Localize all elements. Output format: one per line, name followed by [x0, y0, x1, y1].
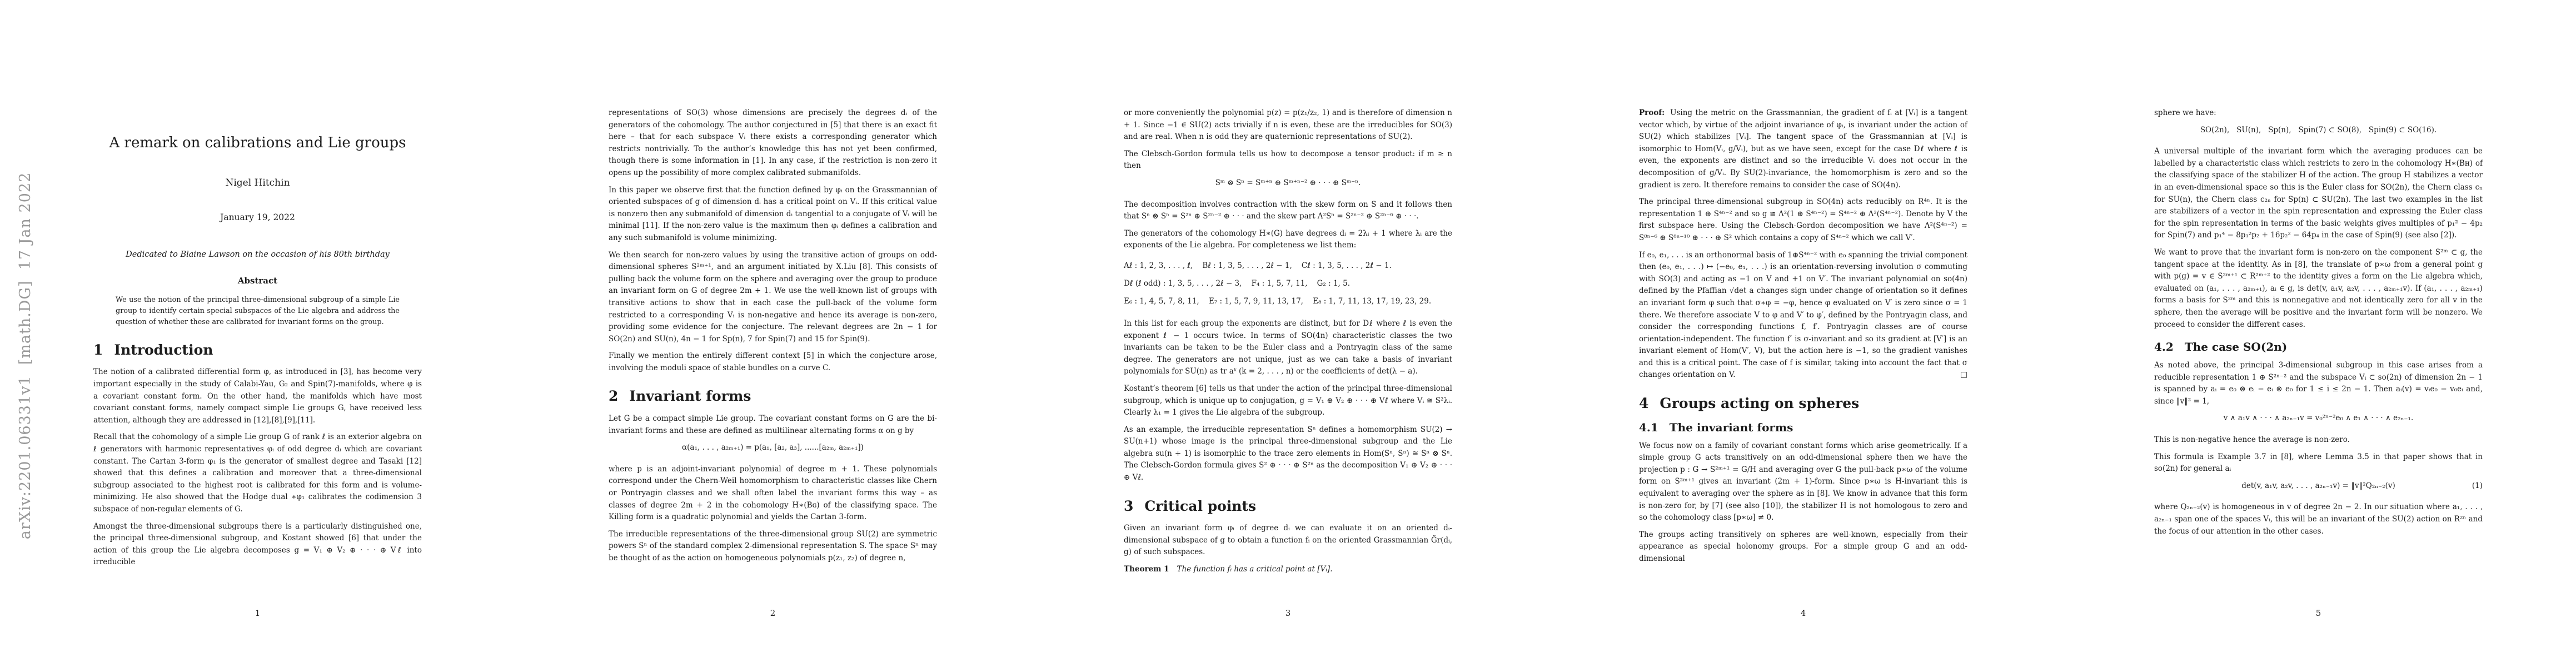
exponents-line: Aℓ : 1, 2, 3, . . . , ℓ, Bℓ : 1, 3, 5, .… — [1124, 257, 1452, 275]
paragraph: The principal three-dimensional subgroup… — [1639, 196, 1967, 244]
paragraph: The Clebsch-Gordon formula tells us how … — [1124, 148, 1452, 172]
document-canvas: arXiv:2201.06331v1 [math.DG] 17 Jan 2022… — [0, 0, 2576, 667]
subsection-4-1-heading: 4.1The invariant forms — [1639, 421, 1967, 434]
page-number: 1 — [93, 608, 422, 618]
equation-det: det(v, a₁v, a₂v, . . . , a₂ₙ₋₁v) = ‖v‖²Q… — [2154, 480, 2483, 492]
paragraph: Finally we mention the entirely differen… — [609, 350, 937, 374]
paragraph: As noted above, the principal 3-dimensio… — [2154, 360, 2483, 407]
paragraph: The notion of a calibrated differential … — [93, 366, 422, 426]
page-5-text-block: sphere we have: SO(2n), SU(n), Sp(n), Sp… — [2154, 107, 2483, 542]
section-title: Introduction — [114, 342, 213, 358]
author-name: Nigel Hitchin — [93, 177, 422, 188]
abstract-heading: Abstract — [93, 276, 422, 286]
paragraph: This is non-negative hence the average i… — [2154, 434, 2483, 446]
section-1-heading: 1Introduction — [93, 342, 422, 358]
paragraph: The irreducible representations of the t… — [609, 529, 937, 565]
paragraph: Amongst the three-dimensional subgroups … — [93, 521, 422, 569]
paragraph: representations of SO(3) whose dimension… — [609, 107, 937, 180]
section-2-heading: 2Invariant forms — [609, 389, 937, 404]
section-title: Invariant forms — [629, 388, 751, 404]
paragraph: The groups acting transitively on sphere… — [1639, 529, 1967, 565]
page-4: Proof:Using the metric on the Grassmanni… — [1546, 0, 2061, 667]
qed-symbol: □ — [1960, 369, 1967, 381]
equation-clebsch-gordon: Sᵐ ⊗ Sⁿ = Sᵐ⁺ⁿ ⊕ Sᵐ⁺ⁿ⁻² ⊕ · · · ⊕ Sᵐ⁻ⁿ. — [1124, 177, 1452, 190]
paragraph: Kostant’s theorem [6] tells us that unde… — [1124, 383, 1452, 419]
exponents-line: Dℓ (ℓ odd) : 1, 3, 5, . . . , 2ℓ − 3, F₄… — [1124, 275, 1452, 292]
paragraph: This formula is Example 3.7 in [8], wher… — [2154, 451, 2483, 475]
paragraph: A universal multiple of the invariant fo… — [2154, 146, 2483, 242]
page-number: 3 — [1124, 608, 1452, 618]
section-number: 4 — [1639, 395, 1648, 411]
paper-title: A remark on calibrations and Lie groups — [93, 135, 422, 152]
paragraph: As an example, the irreducible represent… — [1124, 424, 1452, 484]
paragraph: Recall that the cohomology of a simple L… — [93, 431, 422, 515]
page-3-text-block: or more conveniently the polynomial p(z)… — [1124, 107, 1452, 581]
paragraph: If e₀, e₁, . . . is an orthonormal basis… — [1639, 250, 1967, 382]
equation-det-body: det(v, a₁v, a₂v, . . . , a₂ₙ₋₁v) = ‖v‖²Q… — [2241, 481, 2395, 490]
subsection-number: 4.2 — [2154, 340, 2174, 354]
equation-wedge: v ∧ a₁v ∧ · · · ∧ a₂ₙ₋₁v = v₀²ⁿ⁻²e₀ ∧ e₁… — [2154, 412, 2483, 425]
page-1-text-block: A remark on calibrations and Lie groups … — [93, 0, 422, 574]
paper-date: January 19, 2022 — [93, 212, 422, 222]
paragraph: We focus now on a family of covariant co… — [1639, 440, 1967, 524]
theorem-1: Theorem 1The function fᵢ has a critical … — [1124, 564, 1452, 576]
paragraph: Let G be a compact simple Lie group. The… — [609, 413, 937, 437]
paragraph: where Q₂ₙ₋₂(v) is homogeneous in v of de… — [2154, 501, 2483, 537]
page-number: 2 — [609, 608, 937, 618]
section-4-heading: 4Groups acting on spheres — [1639, 396, 1967, 411]
section-number: 3 — [1124, 498, 1133, 514]
page-number: 4 — [1639, 608, 1967, 618]
subsection-4-2-heading: 4.2The case SO(2n) — [2154, 341, 2483, 353]
exponents-line: E₆ : 1, 4, 5, 7, 8, 11, E₇ : 1, 5, 7, 9,… — [1124, 292, 1452, 310]
theorem-statement: The function fᵢ has a critical point at … — [1177, 565, 1333, 574]
paragraph: The decomposition involves contraction w… — [1124, 199, 1452, 223]
page-number: 5 — [2154, 608, 2483, 618]
proof-paragraph: Proof:Using the metric on the Grassmanni… — [1639, 107, 1967, 191]
dedication-text: Dedicated to Blaine Lawson on the occasi… — [93, 250, 422, 259]
section-number: 1 — [93, 342, 103, 358]
subsection-number: 4.1 — [1639, 421, 1658, 434]
page-4-text-block: Proof:Using the metric on the Grassmanni… — [1639, 107, 1967, 570]
section-3-heading: 3Critical points — [1124, 499, 1452, 514]
equation-number-1: (1) — [2472, 480, 2483, 492]
equation-alpha: α(a₁, . . . , a₂ₘ₊₁) = p(a₁, [a₂, a₃], .… — [609, 442, 937, 454]
page-5: sphere we have: SO(2n), SU(n), Sp(n), Sp… — [2061, 0, 2576, 667]
proof-text: Using the metric on the Grassmannian, th… — [1639, 108, 1967, 190]
page-3: or more conveniently the polynomial p(z)… — [1030, 0, 1546, 667]
paragraph: In this paper we observe first that the … — [609, 185, 937, 245]
paragraph: sphere we have: — [2154, 107, 2483, 120]
page-1: arXiv:2201.06331v1 [math.DG] 17 Jan 2022… — [0, 0, 515, 667]
paragraph: We want to prove that the invariant form… — [2154, 247, 2483, 331]
paragraph-text: If e₀, e₁, . . . is an orthonormal basis… — [1639, 251, 1967, 380]
proof-label: Proof: — [1639, 108, 1665, 117]
exponents-list: Aℓ : 1, 2, 3, . . . , ℓ, Bℓ : 1, 3, 5, .… — [1124, 257, 1452, 310]
subsection-title: The case SO(2n) — [2185, 340, 2287, 354]
page-2: representations of SO(3) whose dimension… — [515, 0, 1030, 667]
paragraph: Given an invariant form φᵢ of degree dᵢ … — [1124, 522, 1452, 559]
section-title: Critical points — [1144, 498, 1256, 514]
section-title: Groups acting on spheres — [1660, 395, 1859, 411]
paragraph: The generators of the cohomology H∗(G) h… — [1124, 228, 1452, 252]
abstract-text: We use the notion of the principal three… — [116, 295, 400, 328]
paragraph: In this list for each group the exponent… — [1124, 318, 1452, 378]
section-number: 2 — [609, 388, 618, 404]
subsection-title: The invariant forms — [1670, 421, 1793, 434]
paragraph: where p is an adjoint-invariant polynomi… — [609, 464, 937, 524]
theorem-label: Theorem 1 — [1124, 565, 1169, 574]
page-2-text-block: representations of SO(3) whose dimension… — [609, 107, 937, 570]
paragraph: We then search for non-zero values by us… — [609, 250, 937, 346]
equation-transitive-groups: SO(2n), SU(n), Sp(n), Spin(7) ⊂ SO(8), S… — [2154, 125, 2483, 137]
arxiv-stamp-text: arXiv:2201.06331v1 [math.DG] 17 Jan 2022 — [17, 150, 34, 561]
paragraph: or more conveniently the polynomial p(z)… — [1124, 107, 1452, 143]
